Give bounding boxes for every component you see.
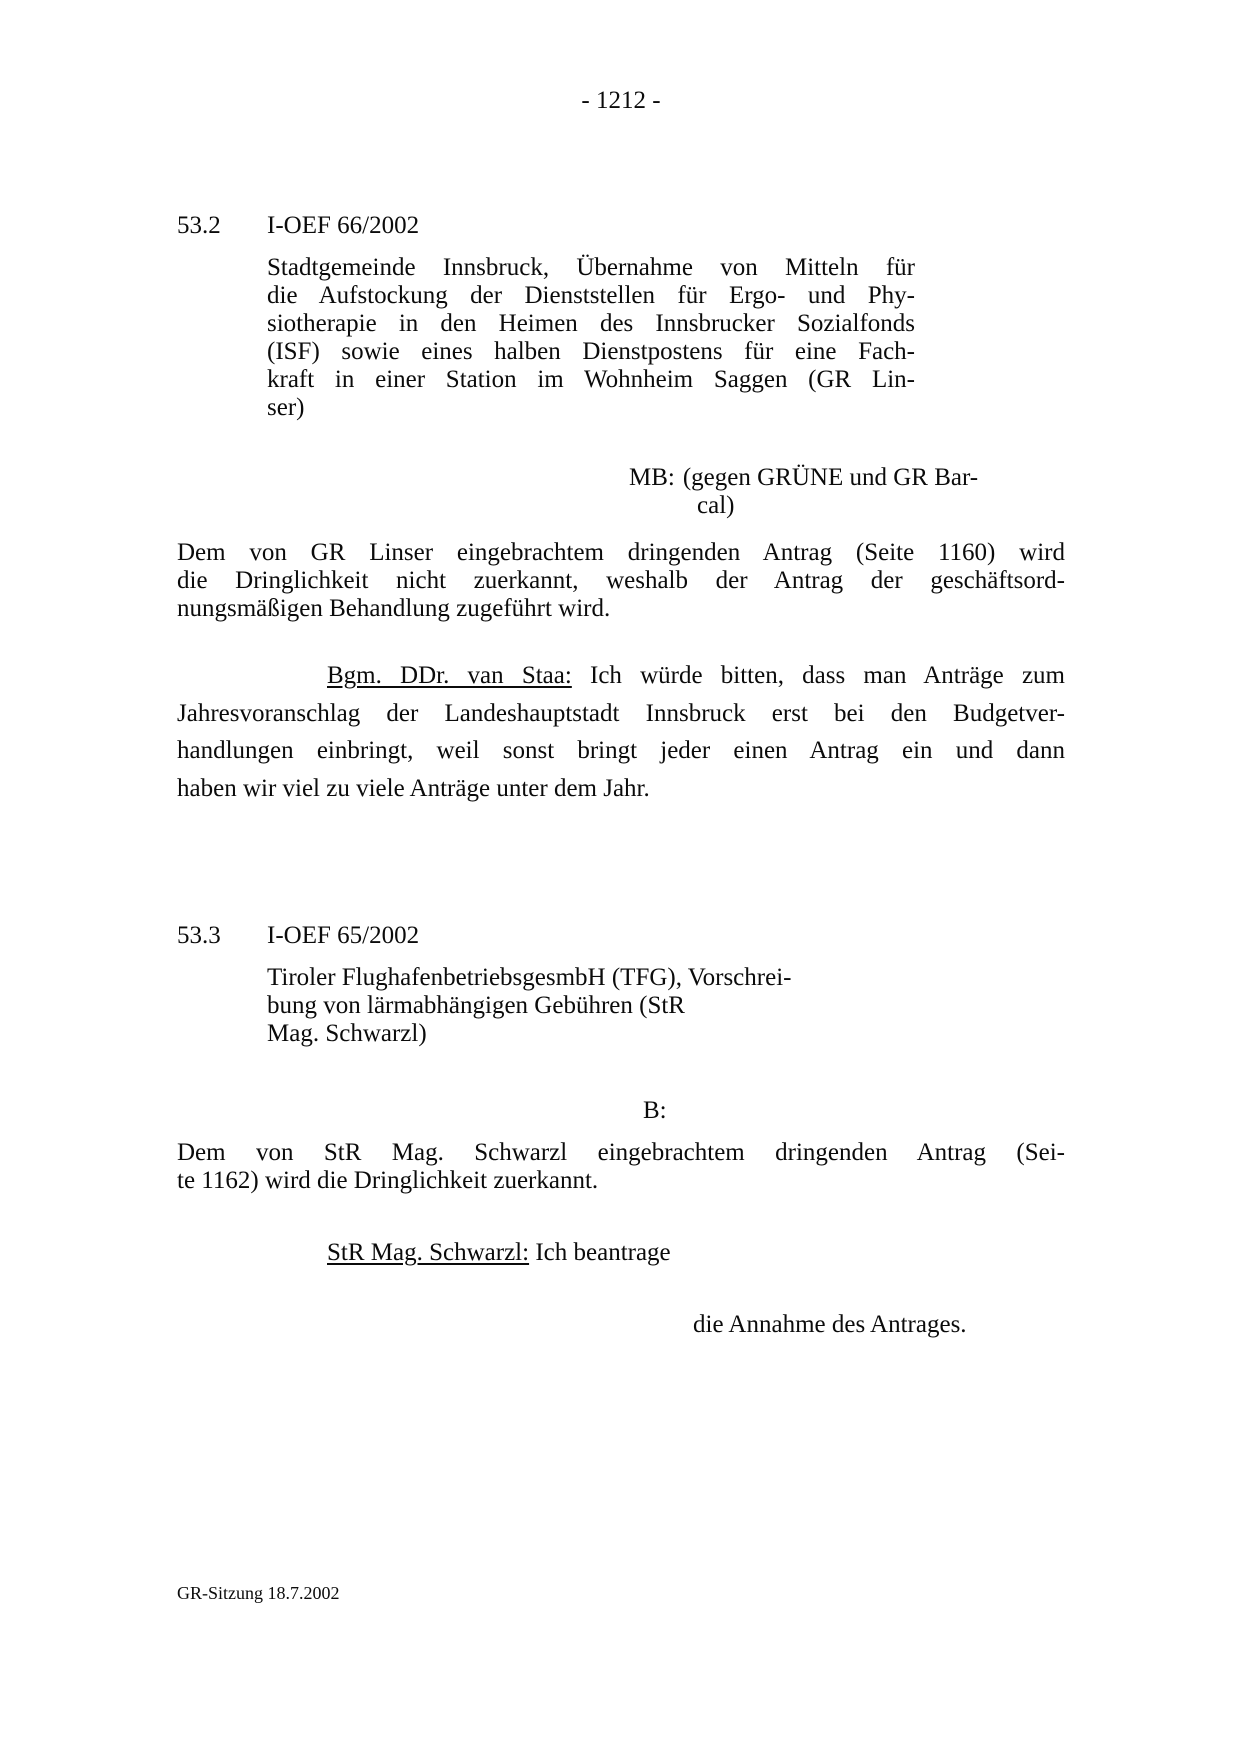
page-number: - 1212 -	[177, 87, 1065, 115]
subject-line: Stadtgemeinde Innsbruck, Übernahme von M…	[267, 254, 915, 282]
vote-text-line: cal)	[629, 492, 1065, 520]
subject-line: siotherapie in den Heimen des Innsbrucke…	[267, 310, 915, 338]
resolution-line: nungsmäßigen Behandlung zugeführt wird.	[177, 595, 1065, 623]
subject-line: Tiroler FlughafenbetriebsgesmbH (TFG), V…	[267, 964, 915, 992]
section-53-3-subject: Tiroler FlughafenbetriebsgesmbH (TFG), V…	[267, 964, 915, 1048]
subject-line: (ISF) sowie eines halben Dienstpostens f…	[267, 338, 915, 366]
speech-text: Ich würde bitten, dass man Anträge zum	[590, 662, 1065, 689]
speech-text: Ich beantrage	[535, 1239, 670, 1266]
speech-line: handlungen einbringt, weil sonst bringt …	[177, 732, 1065, 770]
vote-result-53-3: B:	[643, 1097, 1065, 1125]
page-footer: GR-Sitzung 18.7.2002	[177, 1581, 340, 1605]
section-53-2-subject: Stadtgemeinde Innsbruck, Übernahme von M…	[267, 254, 915, 422]
speech-van-staa: Bgm. DDr. van Staa: Ich würde bitten, da…	[177, 657, 1065, 807]
speech-line: Jahresvoranschlag der Landeshauptstadt I…	[177, 695, 1065, 733]
speech-schwarzl: StR Mag. Schwarzl: Ich beantrage	[177, 1239, 1065, 1267]
vote-line: MB:(gegen GRÜNE und GR Bar-	[629, 464, 1065, 492]
resolution-line: die Dringlichkeit nicht zuerkannt, wesha…	[177, 567, 1065, 595]
subject-line: ser)	[267, 394, 915, 422]
vote-result-53-2: MB:(gegen GRÜNE und GR Bar- cal)	[629, 464, 1065, 520]
subject-line: kraft in einer Station im Wohnheim Sagge…	[267, 366, 915, 394]
motion-text: die Annahme des Antrages.	[693, 1311, 1065, 1339]
section-53-3-heading: 53.3 I-OEF 65/2002	[177, 922, 1065, 950]
section-number: 53.3	[177, 922, 267, 950]
subject-line: Mag. Schwarzl)	[267, 1020, 915, 1048]
resolution-line: Dem von GR Linser eingebrachtem dringend…	[177, 539, 1065, 567]
resolution-53-3: Dem von StR Mag. Schwarzl eingebrachtem …	[177, 1139, 1065, 1195]
vote-label: B:	[643, 1097, 667, 1124]
resolution-53-2: Dem von GR Linser eingebrachtem dringend…	[177, 539, 1065, 623]
section-number: 53.2	[177, 212, 267, 240]
resolution-line: Dem von StR Mag. Schwarzl eingebrachtem …	[177, 1139, 1065, 1167]
subject-line: die Aufstockung der Dienststellen für Er…	[267, 282, 915, 310]
page-content: - 1212 - 53.2 I-OEF 66/2002 Stadtgemeind…	[177, 87, 1065, 1339]
resolution-line: te 1162) wird die Dringlichkeit zuerkann…	[177, 1167, 1065, 1195]
subject-line: bung von lärmabhängigen Gebühren (StR	[267, 992, 915, 1020]
section-53-2-heading: 53.2 I-OEF 66/2002	[177, 212, 1065, 240]
speech-line: Bgm. DDr. van Staa: Ich würde bitten, da…	[177, 657, 1065, 695]
section-code: I-OEF 66/2002	[267, 212, 419, 240]
document-page: - 1212 - 53.2 I-OEF 66/2002 Stadtgemeind…	[0, 0, 1240, 1755]
vote-text-line: (gegen GRÜNE und GR Bar-	[683, 464, 978, 491]
speech-line: haben wir viel zu viele Anträge unter de…	[177, 770, 1065, 808]
speaker-name: StR Mag. Schwarzl:	[327, 1239, 529, 1266]
section-code: I-OEF 65/2002	[267, 922, 419, 950]
speaker-name: Bgm. DDr. van Staa:	[327, 662, 572, 689]
vote-label: MB:	[629, 464, 675, 491]
